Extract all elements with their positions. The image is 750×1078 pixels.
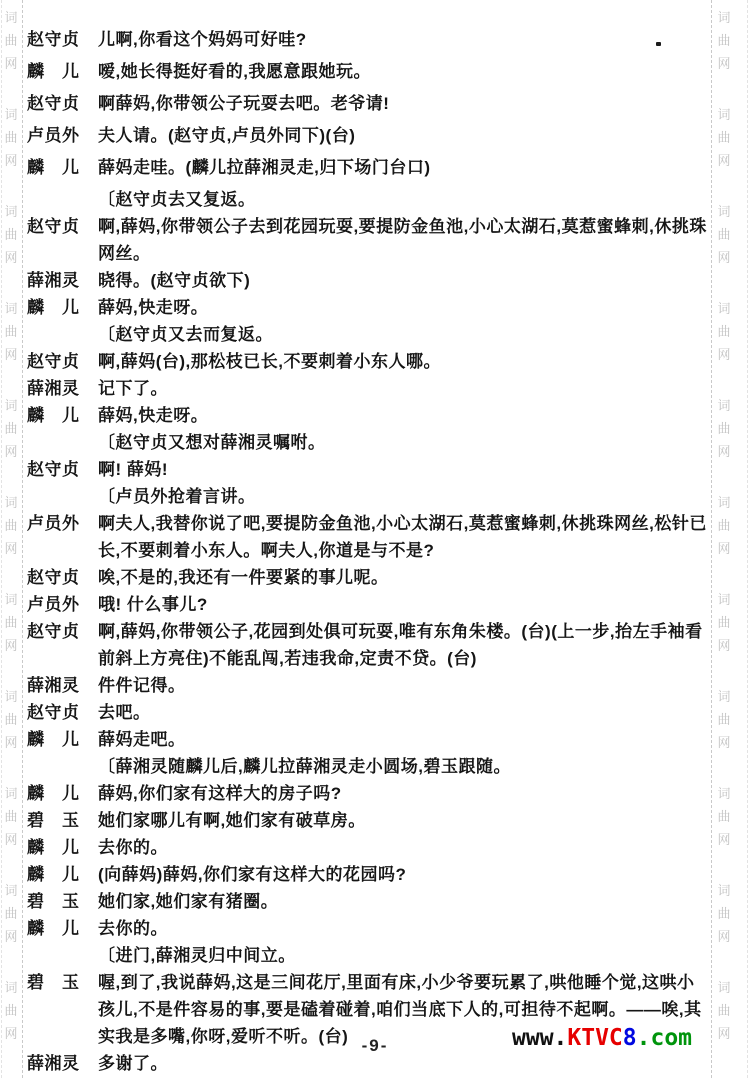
watermark-char: 网 — [4, 537, 17, 560]
speaker-name: 赵守贞 — [27, 456, 98, 483]
dialogue-line: 赵守贞儿啊,你看这个妈妈可好哇? — [27, 26, 711, 53]
watermark-char: 词 — [717, 879, 730, 902]
watermark-char: 词 — [4, 976, 17, 999]
dialogue-line: 赵守贞啊! 薛妈! — [27, 456, 711, 483]
speaker-name: 卢员外 — [27, 591, 98, 618]
dialogue-line: 赵守贞啊,薛妈(台),那松枝已长,不要刺着小东人哪。 — [27, 348, 711, 375]
watermark-char: 网 — [4, 440, 17, 463]
logo-segment: 8 — [623, 1025, 637, 1051]
stage-direction-text: 〔卢员外抢着言讲。 — [98, 483, 711, 510]
left-inner-dashed-line — [22, 0, 23, 1078]
watermark-char: 曲 — [4, 708, 17, 731]
watermark-char: 曲 — [4, 223, 17, 246]
dialogue-text: 嗳,她长得挺好看的,我愿意跟她玩。 — [98, 58, 711, 85]
watermark-char: 曲 — [717, 514, 730, 537]
watermark-char: 曲 — [4, 514, 17, 537]
watermark-char: 网 — [717, 52, 730, 75]
dialogue-text: 唉,不是的,我还有一件要紧的事儿呢。 — [98, 564, 711, 591]
dialogue-text: 啊夫人,我替你说了吧,要提防金鱼池,小心太湖石,莫惹蜜蜂刺,休挑珠网丝,松针已长… — [98, 510, 711, 564]
watermark-char: 网 — [4, 52, 17, 75]
dialogue-line: 赵守贞啊,薛妈,你带领公子去到花园玩耍,要提防金鱼池,小心太湖石,莫惹蜜蜂刺,休… — [27, 213, 711, 267]
watermark-group: 词曲网 — [717, 6, 730, 75]
watermark-char: 曲 — [717, 223, 730, 246]
watermark-char: 词 — [717, 297, 730, 320]
right-outer-dashed-line — [747, 0, 748, 1078]
speaker-name: 麟 儿 — [27, 780, 98, 807]
right-watermark-column: 词曲网词曲网词曲网词曲网词曲网词曲网词曲网词曲网词曲网词曲网词曲网 — [715, 6, 733, 1073]
watermark-group: 词曲网 — [4, 200, 17, 269]
stage-direction-text: 〔赵守贞又想对薛湘灵嘱咐。 — [98, 429, 711, 456]
ktvc8-watermark: www.KTVC8.com — [512, 1026, 692, 1050]
speaker-name: 碧 玉 — [27, 969, 98, 996]
dialogue-line: 赵守贞啊薛妈,你带领公子玩耍去吧。老爷请! — [27, 90, 711, 117]
watermark-char: 词 — [4, 685, 17, 708]
speaker-name: 赵守贞 — [27, 213, 98, 240]
watermark-char: 曲 — [4, 126, 17, 149]
watermark-char: 词 — [717, 200, 730, 223]
stage-direction-text: 〔薛湘灵随麟儿后,麟儿拉薛湘灵走小圆场,碧玉跟随。 — [98, 753, 711, 780]
watermark-group: 词曲网 — [4, 103, 17, 172]
logo-segment: .com — [637, 1025, 692, 1051]
stage-direction-text: 〔赵守贞又去而复返。 — [98, 321, 711, 348]
watermark-char: 曲 — [717, 999, 730, 1022]
dialogue-line: 薛湘灵件件记得。 — [27, 672, 711, 699]
dialogue-text: 啊! 薛妈! — [98, 456, 711, 483]
watermark-char: 曲 — [4, 999, 17, 1022]
watermark-char: 网 — [717, 343, 730, 366]
watermark-char: 曲 — [717, 320, 730, 343]
speaker-name: 赵守贞 — [27, 618, 98, 645]
speaker-name: 赵守贞 — [27, 26, 98, 53]
dialogue-text: 她们家哪儿有啊,她们家有破草房。 — [98, 807, 711, 834]
watermark-char: 网 — [4, 634, 17, 657]
dialogue-text: 儿啊,你看这个妈妈可好哇? — [98, 26, 711, 53]
dialogue-text: 啊,薛妈,你带领公子,花园到处俱可玩耍,唯有东角朱楼。(台)(上一步,抬左手袖看… — [98, 618, 711, 672]
watermark-char: 网 — [717, 440, 730, 463]
speaker-name: 麟 儿 — [27, 861, 98, 888]
watermark-group: 词曲网 — [4, 491, 17, 560]
watermark-char: 曲 — [717, 29, 730, 52]
watermark-group: 词曲网 — [4, 394, 17, 463]
dialogue-text: 薛妈,你们家有这样大的房子吗? — [98, 780, 711, 807]
scanned-script-page: { "page": { "background": "#ffffff", "pa… — [0, 0, 750, 1078]
watermark-char: 词 — [4, 6, 17, 29]
speaker-name: 薛湘灵 — [27, 375, 98, 402]
watermark-char: 词 — [4, 879, 17, 902]
watermark-group: 词曲网 — [4, 297, 17, 366]
dialogue-text: 去你的。 — [98, 834, 711, 861]
speaker-name: 麟 儿 — [27, 402, 98, 429]
watermark-group: 词曲网 — [717, 976, 730, 1045]
watermark-char: 网 — [4, 828, 17, 851]
watermark-char: 词 — [717, 588, 730, 611]
dialogue-text: 薛妈,快走呀。 — [98, 402, 711, 429]
dialogue-text: 夫人请。(赵守贞,卢员外同下)(台) — [98, 122, 711, 149]
watermark-char: 网 — [717, 925, 730, 948]
watermark-char: 词 — [4, 491, 17, 514]
dialogue-text: 啊薛妈,你带领公子玩耍去吧。老爷请! — [98, 90, 711, 117]
dialogue-text: 薛妈,快走呀。 — [98, 294, 711, 321]
watermark-group: 词曲网 — [4, 685, 17, 754]
dialogue-line: 麟 儿去你的。 — [27, 915, 711, 942]
watermark-char: 词 — [4, 394, 17, 417]
watermark-char: 词 — [717, 685, 730, 708]
dialogue-line: 麟 儿薛妈走吧。 — [27, 726, 711, 753]
speaker-name: 碧 玉 — [27, 888, 98, 915]
watermark-char: 词 — [717, 491, 730, 514]
watermark-char: 曲 — [717, 611, 730, 634]
watermark-char: 曲 — [4, 611, 17, 634]
dialogue-text: 薛妈走哇。(麟儿拉薛湘灵走,归下场门台口) — [98, 154, 711, 181]
watermark-char: 网 — [717, 634, 730, 657]
speaker-name: 麟 儿 — [27, 726, 98, 753]
dialogue-line: 麟 儿薛妈,快走呀。 — [27, 294, 711, 321]
speaker-name: 麟 儿 — [27, 915, 98, 942]
watermark-group: 词曲网 — [4, 782, 17, 851]
watermark-char: 网 — [717, 246, 730, 269]
dialogue-line: 卢员外啊夫人,我替你说了吧,要提防金鱼池,小心太湖石,莫惹蜜蜂刺,休挑珠网丝,松… — [27, 510, 711, 564]
dialogue-text: 晓得。(赵守贞欲下) — [98, 267, 711, 294]
dialogue-text: 她们家,她们家有猪圈。 — [98, 888, 711, 915]
watermark-group: 词曲网 — [717, 491, 730, 560]
dialogue-line: 卢员外哦! 什么事儿? — [27, 591, 711, 618]
watermark-char: 曲 — [717, 126, 730, 149]
dialogue-line: 麟 儿去你的。 — [27, 834, 711, 861]
speaker-name: 薛湘灵 — [27, 672, 98, 699]
dialogue-text: 薛妈走吧。 — [98, 726, 711, 753]
watermark-group: 词曲网 — [717, 588, 730, 657]
dialogue-line: 碧 玉她们家哪儿有啊,她们家有破草房。 — [27, 807, 711, 834]
watermark-char: 曲 — [4, 902, 17, 925]
stage-direction-line: 〔薛湘灵随麟儿后,麟儿拉薛湘灵走小圆场,碧玉跟随。 — [27, 753, 711, 780]
speaker-name: 碧 玉 — [27, 807, 98, 834]
stage-direction-line: 〔卢员外抢着言讲。 — [27, 483, 711, 510]
speaker-name: 麟 儿 — [27, 834, 98, 861]
watermark-group: 词曲网 — [717, 297, 730, 366]
dialogue-line: 赵守贞去吧。 — [27, 699, 711, 726]
watermark-group: 词曲网 — [717, 103, 730, 172]
watermark-char: 网 — [4, 149, 17, 172]
dialogue-text: 啊,薛妈,你带领公子去到花园玩耍,要提防金鱼池,小心太湖石,莫惹蜜蜂刺,休挑珠网… — [98, 213, 711, 267]
watermark-group: 词曲网 — [717, 200, 730, 269]
stage-direction-text: 〔进门,薛湘灵归中间立。 — [98, 942, 711, 969]
watermark-group: 词曲网 — [717, 782, 730, 851]
dialogue-line: 赵守贞啊,薛妈,你带领公子,花园到处俱可玩耍,唯有东角朱楼。(台)(上一步,抬左… — [27, 618, 711, 672]
ink-speck — [656, 42, 661, 46]
watermark-char: 网 — [717, 828, 730, 851]
stage-direction-line: 〔赵守贞又想对薛湘灵嘱咐。 — [27, 429, 711, 456]
watermark-group: 词曲网 — [4, 588, 17, 657]
speaker-name: 麟 儿 — [27, 154, 98, 181]
dialogue-text: 哦! 什么事儿? — [98, 591, 711, 618]
dialogue-text: 件件记得。 — [98, 672, 711, 699]
dialogue-line: 赵守贞唉,不是的,我还有一件要紧的事儿呢。 — [27, 564, 711, 591]
dialogue-line: 麟 儿(向薛妈)薛妈,你们家有这样大的花园吗? — [27, 861, 711, 888]
right-inner-dashed-line — [711, 0, 712, 1078]
watermark-group: 词曲网 — [4, 879, 17, 948]
watermark-char: 词 — [4, 103, 17, 126]
stage-direction-line: 〔赵守贞又去而复返。 — [27, 321, 711, 348]
dialogue-text: 去你的。 — [98, 915, 711, 942]
watermark-char: 网 — [717, 149, 730, 172]
watermark-group: 词曲网 — [4, 976, 17, 1045]
dialogue-line: 麟 儿嗳,她长得挺好看的,我愿意跟她玩。 — [27, 58, 711, 85]
stage-direction-line: 〔赵守贞去又复返。 — [27, 186, 711, 213]
dialogue-line: 碧 玉她们家,她们家有猪圈。 — [27, 888, 711, 915]
watermark-char: 曲 — [717, 417, 730, 440]
speaker-name: 赵守贞 — [27, 348, 98, 375]
speaker-name: 薛湘灵 — [27, 267, 98, 294]
speaker-name: 麟 儿 — [27, 294, 98, 321]
dialogue-text: (向薛妈)薛妈,你们家有这样大的花园吗? — [98, 861, 711, 888]
watermark-char: 曲 — [4, 29, 17, 52]
watermark-char: 曲 — [717, 708, 730, 731]
watermark-char: 词 — [717, 394, 730, 417]
watermark-char: 曲 — [717, 902, 730, 925]
watermark-group: 词曲网 — [717, 685, 730, 754]
watermark-group: 词曲网 — [4, 6, 17, 75]
watermark-char: 网 — [717, 731, 730, 754]
logo-segment: www. — [512, 1025, 567, 1051]
watermark-char: 词 — [717, 782, 730, 805]
watermark-group: 词曲网 — [717, 879, 730, 948]
watermark-group: 词曲网 — [717, 394, 730, 463]
watermark-char: 词 — [717, 6, 730, 29]
watermark-char: 网 — [4, 246, 17, 269]
dialogue-line: 麟 儿薛妈,你们家有这样大的房子吗? — [27, 780, 711, 807]
dialogue-text: 记下了。 — [98, 375, 711, 402]
speaker-name: 麟 儿 — [27, 58, 98, 85]
watermark-char: 词 — [4, 200, 17, 223]
watermark-char: 网 — [4, 343, 17, 366]
watermark-char: 词 — [4, 782, 17, 805]
watermark-char: 曲 — [4, 805, 17, 828]
watermark-char: 词 — [717, 103, 730, 126]
logo-segment: KTVC — [567, 1025, 622, 1051]
watermark-char: 词 — [4, 297, 17, 320]
dialogue-line: 麟 儿薛妈,快走呀。 — [27, 402, 711, 429]
speaker-name: 赵守贞 — [27, 699, 98, 726]
dialogue-line: 麟 儿薛妈走哇。(麟儿拉薛湘灵走,归下场门台口) — [27, 154, 711, 181]
speaker-name: 赵守贞 — [27, 564, 98, 591]
speaker-name: 卢员外 — [27, 122, 98, 149]
watermark-char: 网 — [717, 537, 730, 560]
script-body: 赵守贞儿啊,你看这个妈妈可好哇?麟 儿嗳,她长得挺好看的,我愿意跟她玩。赵守贞啊… — [27, 26, 711, 1077]
watermark-char: 词 — [4, 588, 17, 611]
speaker-name: 赵守贞 — [27, 90, 98, 117]
left-watermark-column: 词曲网词曲网词曲网词曲网词曲网词曲网词曲网词曲网词曲网词曲网词曲网 — [2, 6, 20, 1073]
stage-direction-text: 〔赵守贞去又复返。 — [98, 186, 711, 213]
dialogue-line: 卢员外夫人请。(赵守贞,卢员外同下)(台) — [27, 122, 711, 149]
speaker-name: 卢员外 — [27, 510, 98, 537]
watermark-char: 曲 — [4, 320, 17, 343]
watermark-char: 网 — [4, 925, 17, 948]
watermark-char: 曲 — [4, 417, 17, 440]
watermark-char: 网 — [4, 731, 17, 754]
dialogue-text: 啊,薛妈(台),那松枝已长,不要刺着小东人哪。 — [98, 348, 711, 375]
watermark-char: 词 — [717, 976, 730, 999]
stage-direction-line: 〔进门,薛湘灵归中间立。 — [27, 942, 711, 969]
dialogue-line: 薛湘灵记下了。 — [27, 375, 711, 402]
watermark-char: 曲 — [717, 805, 730, 828]
dialogue-text: 去吧。 — [98, 699, 711, 726]
dialogue-line: 薛湘灵晓得。(赵守贞欲下) — [27, 267, 711, 294]
